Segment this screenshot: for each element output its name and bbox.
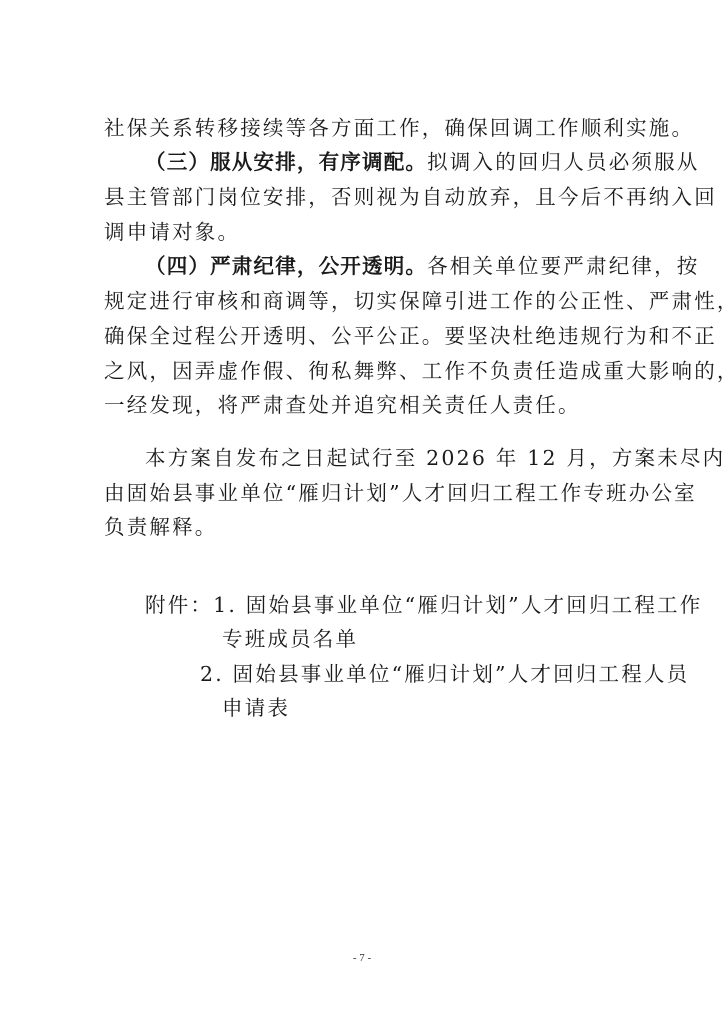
paragraph-text: 拟调入的回归人员必须服从 <box>427 150 699 174</box>
paragraph-line: 调申请对象。 <box>104 218 624 246</box>
section-4-line: （四）严肃纪律，公开透明。各相关单位要严肃纪律，按 <box>145 252 665 280</box>
attachment-1-continuation: 专班成员名单 <box>222 625 724 653</box>
paragraph-line: 规定进行审核和商调等，切实保障引进工作的公正性、严肃性， <box>104 287 624 315</box>
paragraph-line: 确保全过程公开透明、公平公正。要坚决杜绝违规行为和不正 <box>104 322 624 350</box>
section-3-line: （三）服从安排，有序调配。拟调入的回归人员必须服从 <box>145 148 665 176</box>
paragraph-line: 负责解释。 <box>104 513 624 541</box>
paragraph-line: 由固始县事业单位“雁归计划”人才回归工程工作专班办公室 <box>104 479 624 507</box>
attachment-item-2: 2. 固始县事业单位“雁归计划”人才回归工程人员 <box>200 660 720 688</box>
paragraph-line: 一经发现，将严肃查处并追究相关责任人责任。 <box>104 391 624 419</box>
paragraph-text: 各相关单位要严肃纪律，按 <box>427 254 699 278</box>
attachment-2-continuation: 申请表 <box>222 694 724 722</box>
attachments-label: 附件： <box>145 593 213 617</box>
attachment-item-1: 附件：1. 固始县事业单位“雁归计划”人才回归工程工作 <box>145 591 665 619</box>
page-number: - 7 - <box>0 952 724 964</box>
paragraph-line: 社保关系转移接续等各方面工作，确保回调工作顺利实施。 <box>104 114 624 142</box>
paragraph-line: 本方案自发布之日起试行至 2026 年 12 月，方案未尽内容 <box>145 444 665 472</box>
section-3-heading: （三）服从安排，有序调配。 <box>145 150 427 174</box>
paragraph-line: 县主管部门岗位安排，否则视为自动放弃，且今后不再纳入回 <box>104 183 624 211</box>
paragraph-line: 之风，因弄虚作假、徇私舞弊、工作不负责任造成重大影响的， <box>104 357 624 385</box>
attachment-1-title: 1. 固始县事业单位“雁归计划”人才回归工程工作 <box>213 593 702 617</box>
section-4-heading: （四）严肃纪律，公开透明。 <box>145 254 427 278</box>
document-page: 社保关系转移接续等各方面工作，确保回调工作顺利实施。 （三）服从安排，有序调配。… <box>0 0 724 1024</box>
